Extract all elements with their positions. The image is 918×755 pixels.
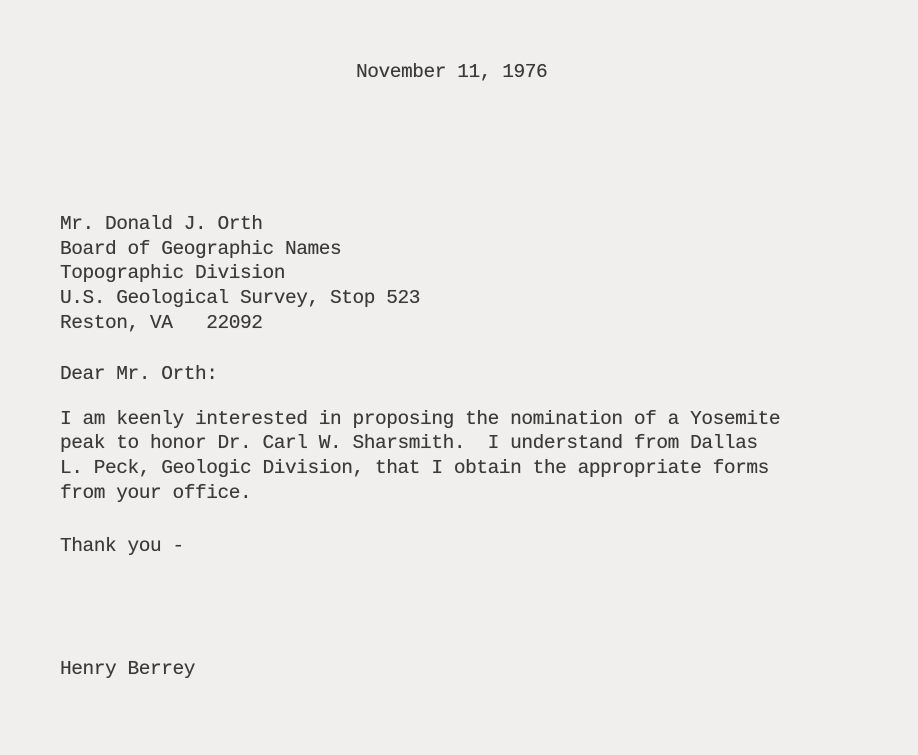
body-line: peak to honor Dr. Carl W. Sharsmith. I u… xyxy=(60,431,758,456)
recipient-city: Reston, VA 22092 xyxy=(60,311,263,336)
body-line: from your office. xyxy=(60,481,251,506)
body-line: I am keenly interested in proposing the … xyxy=(60,407,780,432)
recipient-agency: U.S. Geological Survey, Stop 523 xyxy=(60,286,420,311)
letter-page: November 11, 1976 Mr. Donald J. Orth Boa… xyxy=(0,0,918,755)
letter-date: November 11, 1976 xyxy=(356,60,547,85)
closing: Thank you - xyxy=(60,534,184,559)
signature-name: Henry Berrey xyxy=(60,657,195,682)
recipient-division: Topographic Division xyxy=(60,261,285,286)
recipient-name: Mr. Donald J. Orth xyxy=(60,212,263,237)
body-line: L. Peck, Geologic Division, that I obtai… xyxy=(60,456,769,481)
recipient-organization: Board of Geographic Names xyxy=(60,237,341,262)
salutation: Dear Mr. Orth: xyxy=(60,362,218,387)
